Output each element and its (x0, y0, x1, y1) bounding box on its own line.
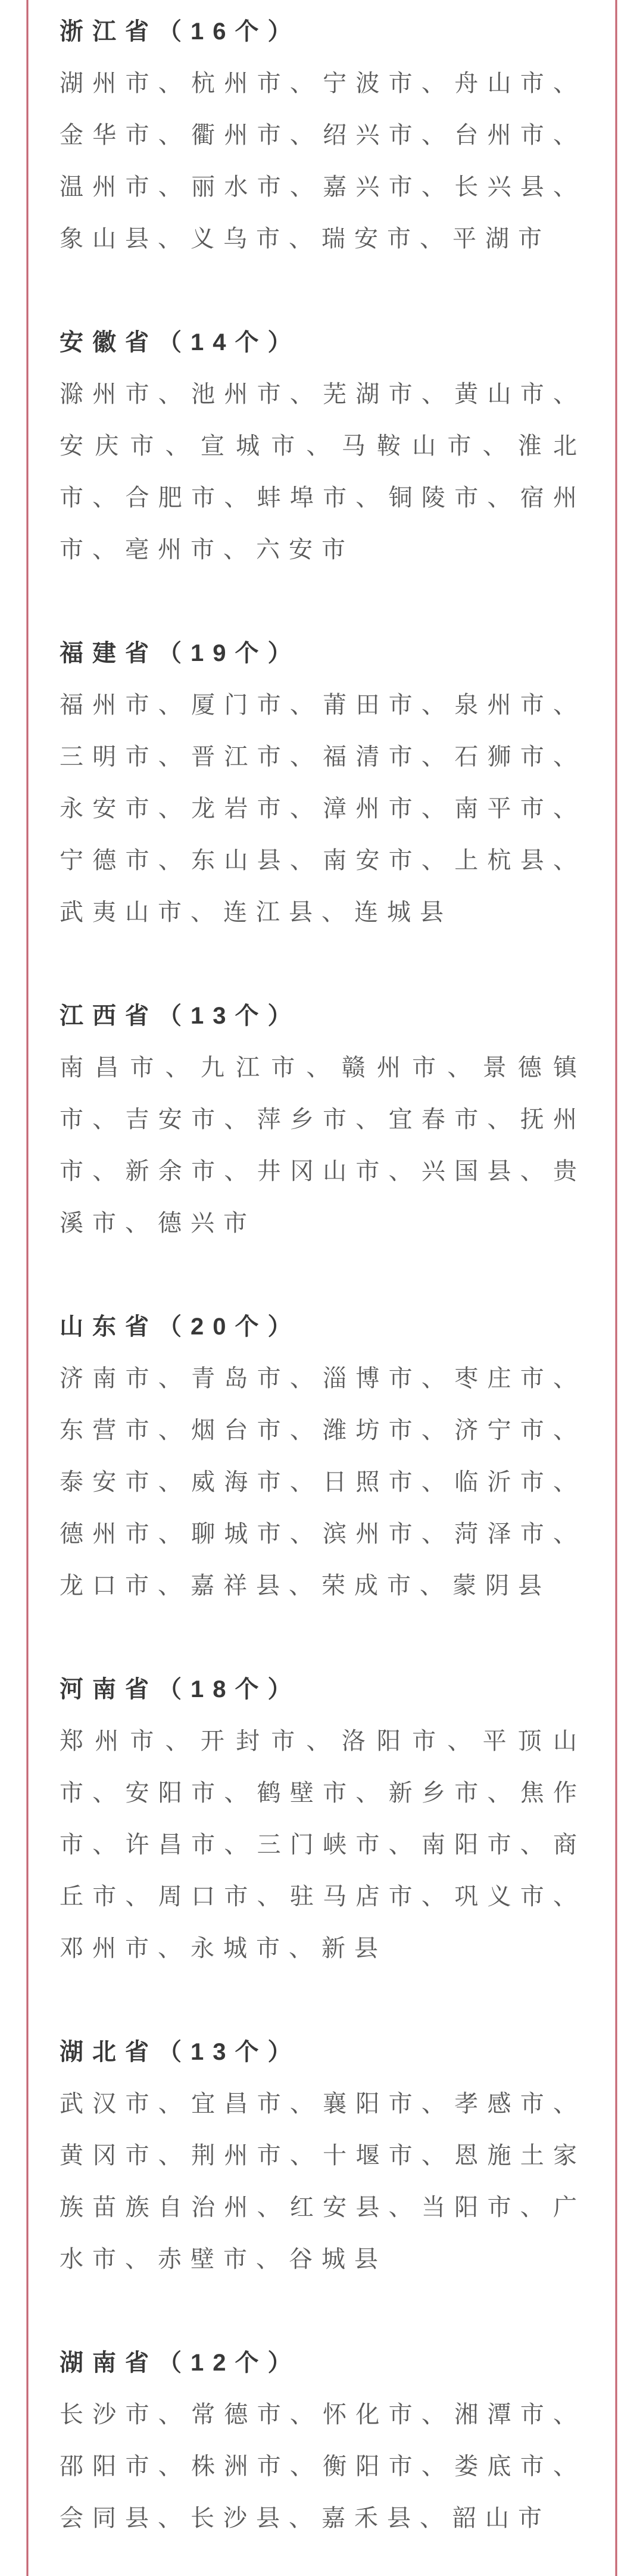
province-section: 山东省（20个） 济南市、青岛市、淄博市、枣庄市、东营市、烟台市、潍坊市、济宁市… (60, 1301, 586, 1612)
province-name: 江西省 (60, 1003, 158, 1029)
province-city-list: 浙江省（16个） 湖州市、杭州市、宁波市、舟山市、金华市、衢州市、绍兴市、台州市… (60, 6, 586, 2544)
province-section: 湖南省（12个） 长沙市、常德市、怀化市、湘潭市、邵阳市、株洲市、衡阳市、娄底市… (60, 2337, 586, 2544)
province-name: 安徽省 (60, 329, 158, 355)
province-header: 江西省（13个） (60, 990, 586, 1042)
province-name: 河南省 (60, 1676, 158, 1702)
city-list-text: 武汉市、宜昌市、襄阳市、孝感市、黄冈市、荆州市、十堰市、恩施土家族苗族自治州、红… (60, 2078, 586, 2285)
province-count: （12个） (158, 2350, 301, 2376)
province-count: （14个） (158, 329, 301, 355)
province-header: 湖北省（13个） (60, 2026, 586, 2078)
province-header: 安徽省（14个） (60, 317, 586, 369)
city-list-text: 南昌市、九江市、赣州市、景德镇市、吉安市、萍乡市、宜春市、抚州市、新余市、井冈山… (60, 1042, 586, 1249)
province-section: 福建省（19个） 福州市、厦门市、莆田市、泉州市、三明市、晋江市、福清市、石狮市… (60, 628, 586, 938)
province-section: 河南省（18个） 郑州市、开封市、洛阳市、平顶山市、安阳市、鹤壁市、新乡市、焦作… (60, 1664, 586, 1975)
right-border-line (615, 0, 617, 2576)
province-count: （13个） (158, 1003, 301, 1029)
city-list-text: 滁州市、池州市、芜湖市、黄山市、安庆市、宣城市、马鞍山市、淮北市、合肥市、蚌埠市… (60, 369, 586, 576)
province-count: （19个） (158, 640, 301, 666)
left-border-line (26, 0, 29, 2576)
province-name: 福建省 (60, 640, 158, 666)
province-header: 湖南省（12个） (60, 2337, 586, 2389)
province-section: 湖北省（13个） 武汉市、宜昌市、襄阳市、孝感市、黄冈市、荆州市、十堰市、恩施土… (60, 2026, 586, 2285)
province-name: 湖南省 (60, 2350, 158, 2376)
province-section: 江西省（13个） 南昌市、九江市、赣州市、景德镇市、吉安市、萍乡市、宜春市、抚州… (60, 990, 586, 1249)
province-section: 安徽省（14个） 滁州市、池州市、芜湖市、黄山市、安庆市、宣城市、马鞍山市、淮北… (60, 317, 586, 576)
province-count: （20个） (158, 1314, 301, 1340)
province-header: 河南省（18个） (60, 1664, 586, 1716)
province-header: 福建省（19个） (60, 628, 586, 679)
city-list-text: 郑州市、开封市、洛阳市、平顶山市、安阳市、鹤壁市、新乡市、焦作市、许昌市、三门峡… (60, 1716, 586, 1975)
city-list-text: 福州市、厦门市、莆田市、泉州市、三明市、晋江市、福清市、石狮市、永安市、龙岩市、… (60, 679, 586, 938)
province-count: （13个） (158, 2039, 301, 2065)
province-name: 湖北省 (60, 2039, 158, 2065)
city-list-text: 济南市、青岛市、淄博市、枣庄市、东营市、烟台市、潍坊市、济宁市、泰安市、威海市、… (60, 1353, 586, 1612)
article-page: { "page": { "background": "#ffffff", "bo… (0, 0, 643, 2576)
province-section: 浙江省（16个） 湖州市、杭州市、宁波市、舟山市、金华市、衢州市、绍兴市、台州市… (60, 6, 586, 265)
city-list-text: 长沙市、常德市、怀化市、湘潭市、邵阳市、株洲市、衡阳市、娄底市、会同县、长沙县、… (60, 2389, 586, 2544)
city-list-text: 湖州市、杭州市、宁波市、舟山市、金华市、衢州市、绍兴市、台州市、温州市、丽水市、… (60, 58, 586, 265)
province-name: 浙江省 (60, 18, 158, 45)
province-name: 山东省 (60, 1314, 158, 1340)
province-count: （16个） (158, 18, 301, 45)
province-count: （18个） (158, 1676, 301, 1702)
province-header: 山东省（20个） (60, 1301, 586, 1353)
province-header: 浙江省（16个） (60, 6, 586, 58)
